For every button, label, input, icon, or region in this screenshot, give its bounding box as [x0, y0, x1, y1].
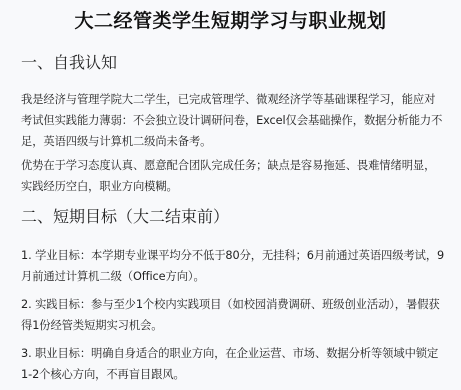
paragraph-career-goal: 3. 职业目标：明确自身适合的职业方向，在企业运营、市场、数据分析等领域中锁定1…	[21, 343, 446, 385]
paragraph-self-intro: 我是经济与管理学院大二学生，已完成管理学、微观经济学等基础课程学习，能应对考试但…	[21, 89, 446, 152]
paragraph-strengths-weaknesses: 优势在于学习态度认真、愿意配合团队完成任务；缺点是容易拖延、畏难情绪明显，实践经…	[21, 155, 446, 197]
document-page: 大二经管类学生短期学习与职业规划 一、自我认知 我是经济与管理学院大二学生，已完…	[0, 0, 461, 390]
section-heading-short-term-goals: 二、短期目标（大二结束前）	[21, 204, 229, 227]
section-heading-self-awareness: 一、自我认知	[21, 50, 117, 73]
document-title: 大二经管类学生短期学习与职业规划	[0, 6, 461, 33]
paragraph-academic-goal: 1. 学业目标：本学期专业课平均分不低于80分，无挂科；6月前通过英语四级考试，…	[21, 245, 446, 287]
paragraph-practice-goal: 2. 实践目标：参与至少1个校内实践项目（如校园消费调研、班级创业活动），暑假获…	[21, 294, 446, 336]
